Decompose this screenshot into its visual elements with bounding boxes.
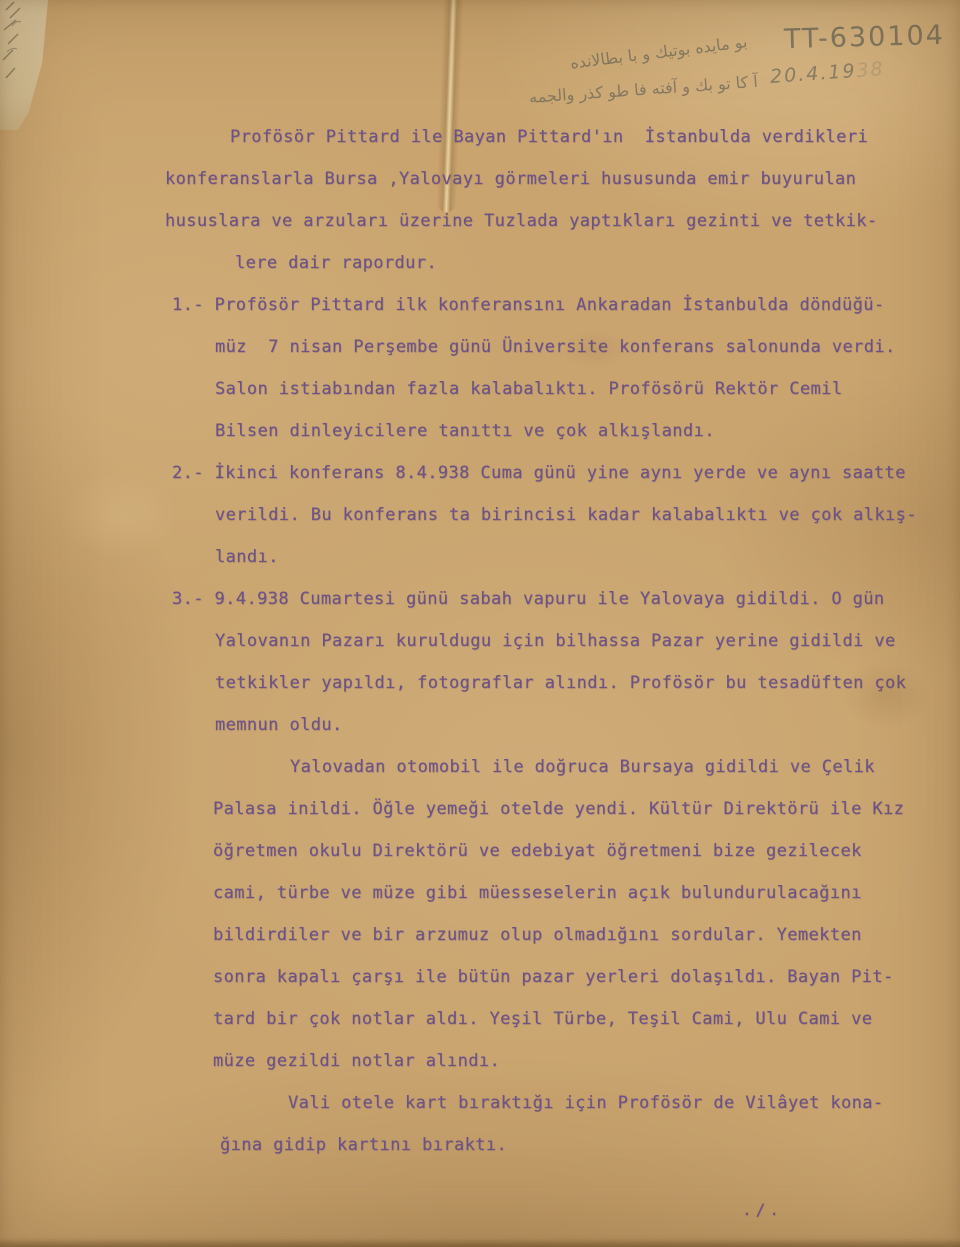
- doc-line: Bilsen dinleyicilere tanıttı ve çok alkı…: [215, 410, 960, 452]
- doc-line: lere dair rapordur.: [235, 242, 960, 284]
- doc-line: Vali otele kart bıraktığı için Profösör …: [288, 1082, 960, 1124]
- doc-line: sonra kapalı çarşı ile bütün pazar yerle…: [213, 956, 960, 998]
- doc-line: Salon istiabından fazla kalabalıktı. Pro…: [215, 368, 960, 410]
- doc-line: öğretmen okulu Direktörü ve edebiyat öğr…: [213, 830, 960, 872]
- doc-line-item-3: 3.- 9.4.938 Cumartesi günü sabah vapuru …: [172, 578, 960, 620]
- doc-line: tetkikler yapıldı, fotograflar alındı. P…: [215, 662, 960, 704]
- date-faded-part: 38: [856, 58, 886, 82]
- pencil-scribble-icon: [0, 0, 48, 130]
- torn-paper-corner: [0, 0, 48, 130]
- doc-line-item-1: 1.- Profösör Pittard ilk konferansını An…: [172, 284, 960, 326]
- doc-line: Palasa inildi. Öğle yemeği otelde yendi.…: [213, 788, 960, 830]
- doc-line: bildirdiler ve bir arzumuz olup olmadığı…: [213, 914, 960, 956]
- doc-line: Yalovadan otomobil ile doğruca Bursaya g…: [290, 746, 960, 788]
- scanned-document-page: TT-630104 20.4.1938 بو مايده بوتيك و با …: [0, 0, 960, 1247]
- doc-line: landı.: [215, 536, 960, 578]
- doc-line: müz 7 nisan Perşembe günü Üniversite kon…: [215, 326, 960, 368]
- archive-reference-handwriting: TT-630104: [784, 20, 946, 55]
- doc-line: verildi. Bu konferans ta birincisi kadar…: [215, 494, 960, 536]
- scan-bottom-edge: [0, 1238, 960, 1247]
- doc-line: memnun oldu.: [215, 704, 960, 746]
- date-handwriting: 20.4.1938: [769, 58, 885, 88]
- ottoman-script-annotation-line2: آ كا تو بك و آفته فا طو كذر والجمه: [468, 72, 759, 111]
- date-visible-part: 20.4.19: [769, 60, 857, 88]
- doc-line: müze gezildi notlar alındı.: [213, 1040, 960, 1082]
- doc-line: Profösör Pittard ile Bayan Pittard'ın İs…: [230, 116, 960, 158]
- doc-line-item-2: 2.- İkinci konferans 8.4.938 Cuma günü y…: [172, 452, 960, 494]
- doc-line: tard bir çok notlar aldı. Yeşil Türbe, T…: [213, 998, 960, 1040]
- doc-line: Yalovanın Pazarı kuruldugu için bilhassa…: [215, 620, 960, 662]
- doc-line: konferanslarla Bursa ,Yalovayı görmeleri…: [165, 158, 960, 200]
- page-continuation-mark: ./.: [742, 1200, 783, 1220]
- doc-line: ğına gidip kartını bıraktı.: [220, 1124, 960, 1166]
- ottoman-script-annotation-line1: بو مايده بوتيك و با بطالانده: [518, 32, 749, 79]
- doc-line: hususlara ve arzuları üzerine Tuzlada ya…: [165, 200, 960, 242]
- doc-line: cami, türbe ve müze gibi müesseselerin a…: [213, 872, 960, 914]
- typewritten-report-body: Profösör Pittard ile Bayan Pittard'ın İs…: [0, 116, 960, 1166]
